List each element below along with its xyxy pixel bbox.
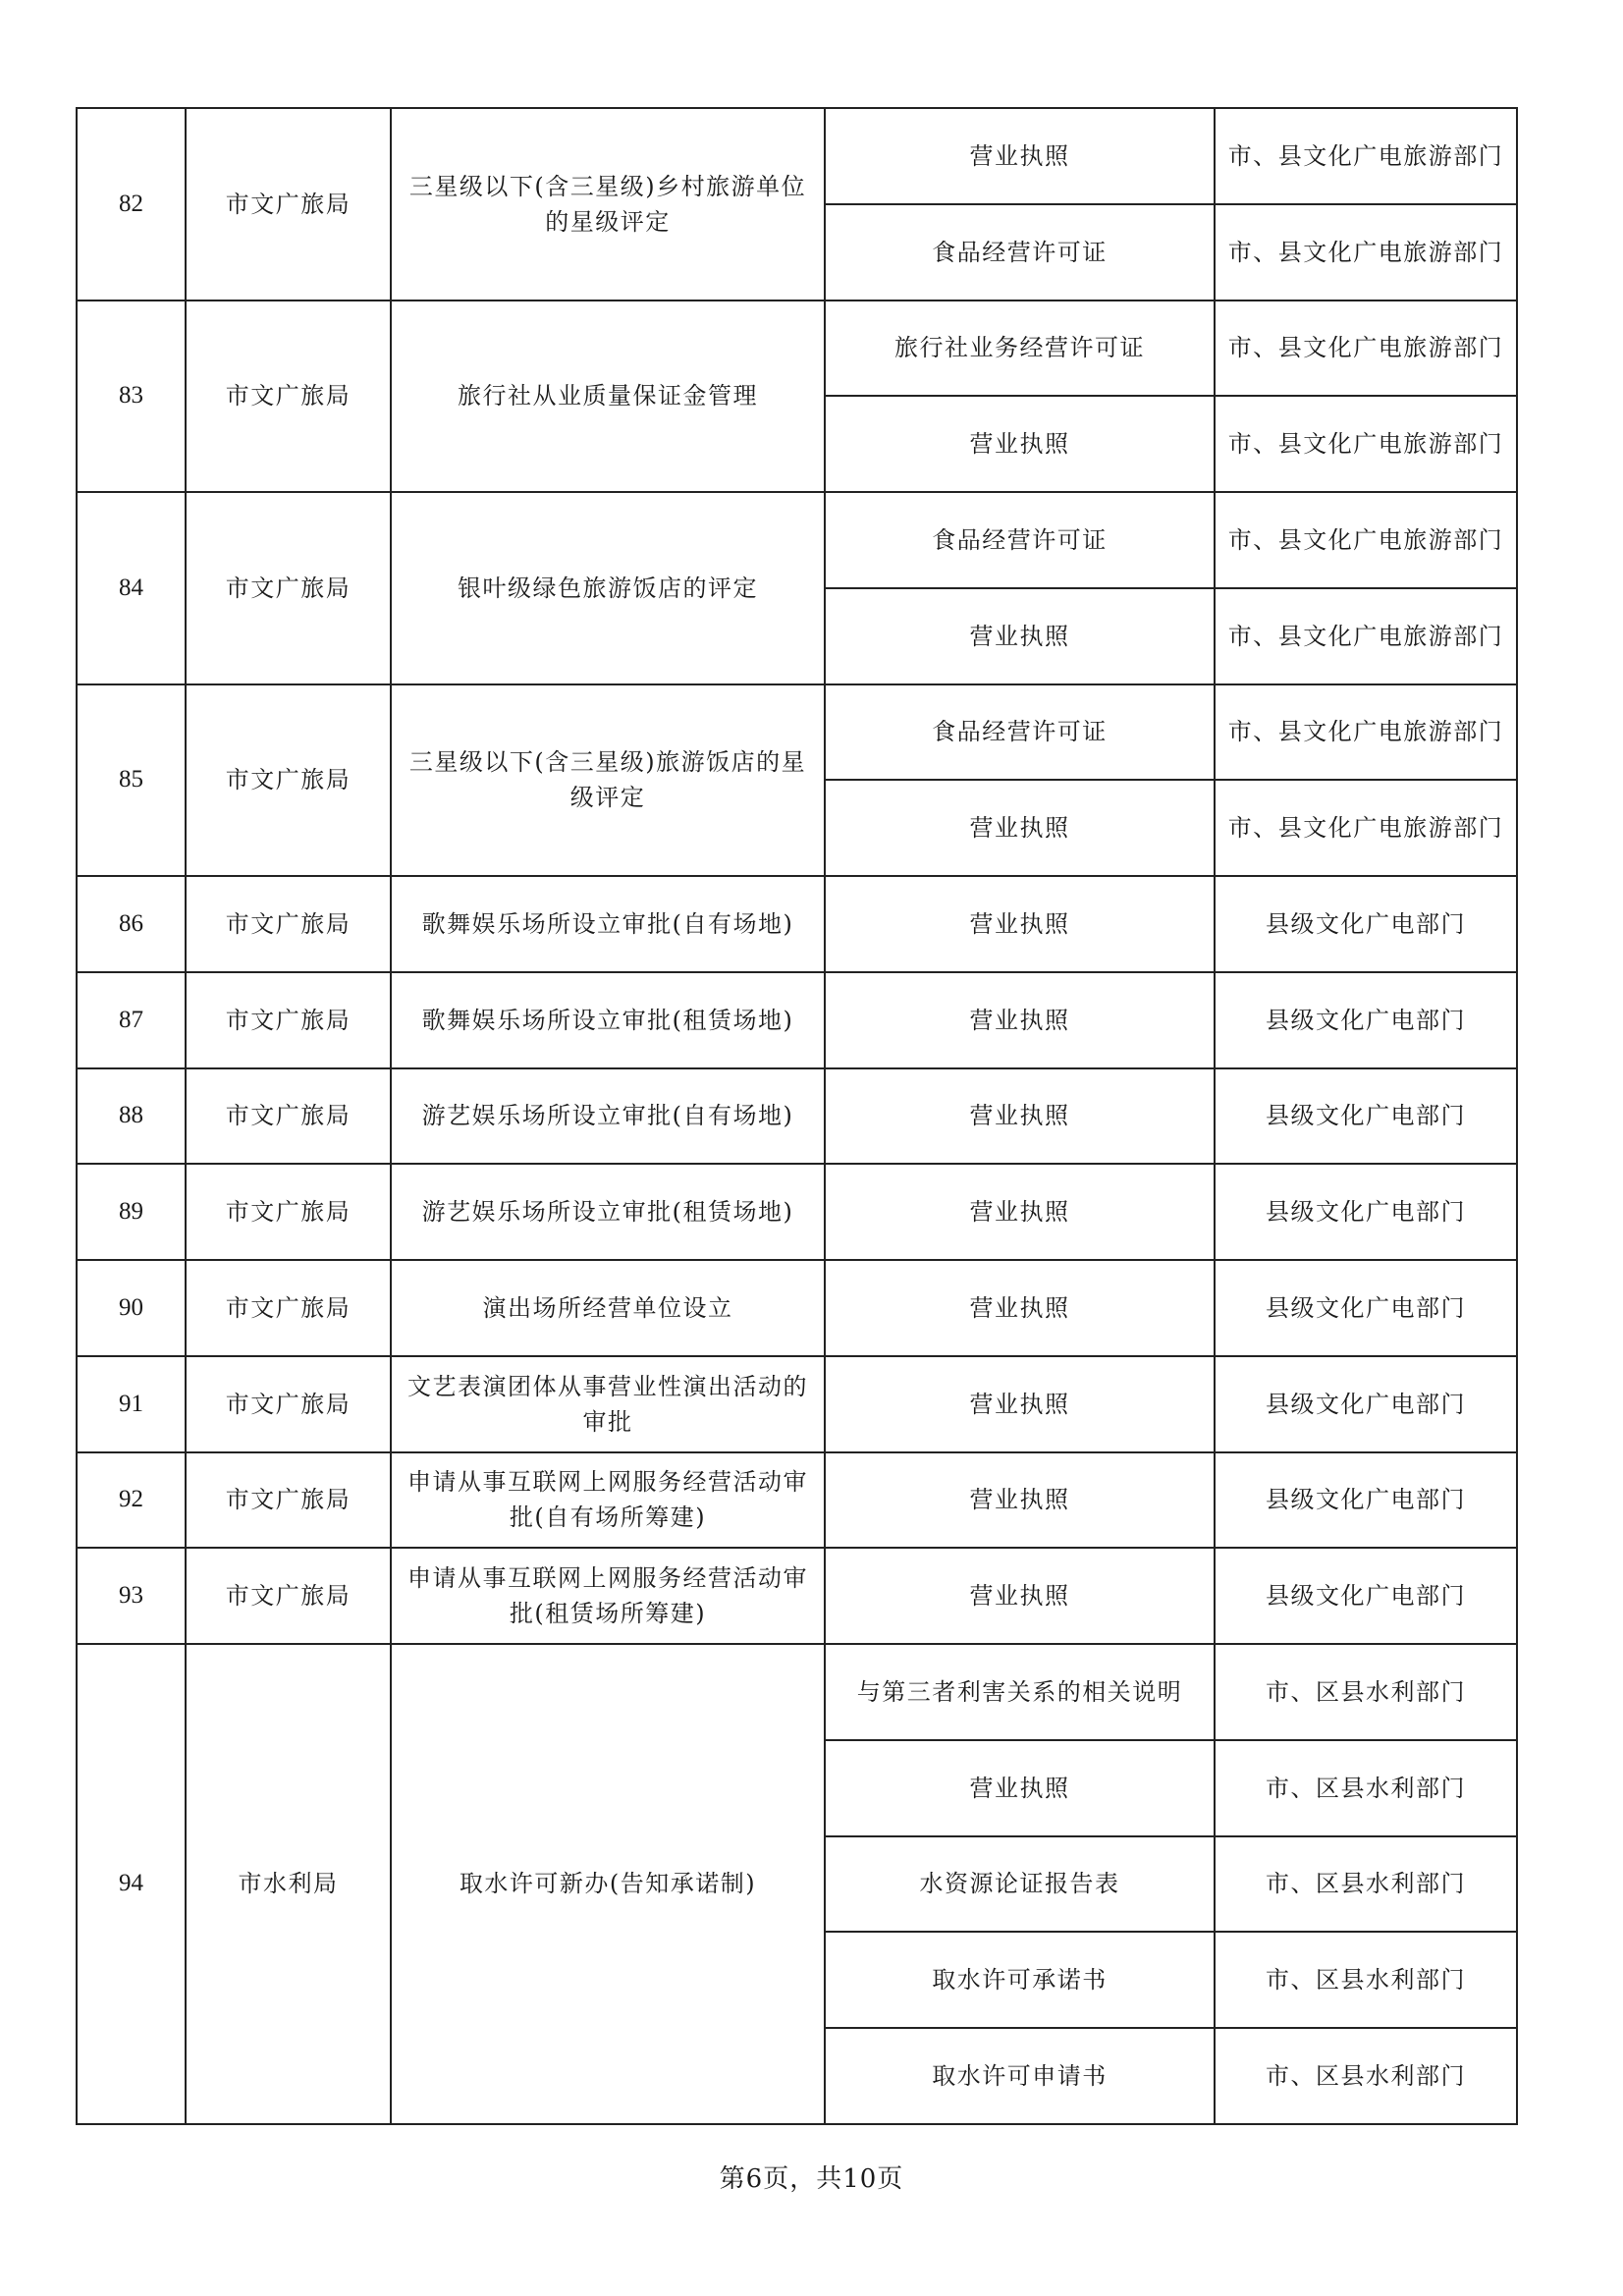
row-number: 85 <box>77 684 186 877</box>
issuing-department: 市、县文化广电旅游部门 <box>1215 396 1517 492</box>
row-number: 92 <box>77 1452 186 1549</box>
implementing-department: 市文广旅局 <box>186 1260 391 1356</box>
row-number: 91 <box>77 1356 186 1452</box>
issuing-department: 市、区县水利部门 <box>1215 1740 1517 1836</box>
certificate-name: 取水许可承诺书 <box>825 1932 1215 2028</box>
issuing-department: 县级文化广电部门 <box>1215 1452 1517 1549</box>
implementing-department: 市文广旅局 <box>186 1548 391 1644</box>
table-row: 86市文广旅局歌舞娱乐场所设立审批(自有场地)营业执照县级文化广电部门 <box>77 876 1517 972</box>
issuing-department: 市、县文化广电旅游部门 <box>1215 588 1517 684</box>
issuing-department: 市、区县水利部门 <box>1215 2028 1517 2124</box>
issuing-department: 市、县文化广电旅游部门 <box>1215 780 1517 876</box>
table-row: 91市文广旅局文艺表演团体从事营业性演出活动的审批营业执照县级文化广电部门 <box>77 1356 1517 1452</box>
certificate-name: 与第三者利害关系的相关说明 <box>825 1644 1215 1740</box>
certificate-name: 食品经营许可证 <box>825 204 1215 301</box>
issuing-department: 市、县文化广电旅游部门 <box>1215 684 1517 781</box>
certificate-name: 旅行社业务经营许可证 <box>825 301 1215 397</box>
row-number: 94 <box>77 1644 186 2124</box>
row-number: 84 <box>77 492 186 684</box>
item-name: 游艺娱乐场所设立审批(租赁场地) <box>391 1164 825 1260</box>
table-row: 94市水利局取水许可新办(告知承诺制)与第三者利害关系的相关说明市、区县水利部门 <box>77 1644 1517 1740</box>
item-name: 歌舞娱乐场所设立审批(租赁场地) <box>391 972 825 1068</box>
certificate-name: 营业执照 <box>825 1164 1215 1260</box>
item-name: 申请从事互联网上网服务经营活动审批(自有场所筹建) <box>391 1452 825 1549</box>
implementing-department: 市文广旅局 <box>186 1356 391 1452</box>
item-name: 演出场所经营单位设立 <box>391 1260 825 1356</box>
issuing-department: 县级文化广电部门 <box>1215 1548 1517 1644</box>
certificate-name: 营业执照 <box>825 1740 1215 1836</box>
item-name: 取水许可新办(告知承诺制) <box>391 1644 825 2124</box>
row-number: 82 <box>77 108 186 301</box>
issuing-department: 县级文化广电部门 <box>1215 1260 1517 1356</box>
issuing-department: 市、区县水利部门 <box>1215 1932 1517 2028</box>
table-row: 83市文广旅局旅行社从业质量保证金管理旅行社业务经营许可证市、县文化广电旅游部门 <box>77 301 1517 397</box>
table-row: 85市文广旅局三星级以下(含三星级)旅游饭店的星级评定食品经营许可证市、县文化广… <box>77 684 1517 781</box>
item-name: 歌舞娱乐场所设立审批(自有场地) <box>391 876 825 972</box>
item-name: 三星级以下(含三星级)乡村旅游单位的星级评定 <box>391 108 825 301</box>
implementing-department: 市文广旅局 <box>186 876 391 972</box>
issuing-department: 县级文化广电部门 <box>1215 1356 1517 1452</box>
issuing-department: 市、区县水利部门 <box>1215 1836 1517 1933</box>
item-name: 游艺娱乐场所设立审批(自有场地) <box>391 1068 825 1165</box>
implementing-department: 市文广旅局 <box>186 492 391 684</box>
implementing-department: 市文广旅局 <box>186 1452 391 1549</box>
implementing-department: 市文广旅局 <box>186 684 391 877</box>
certificate-name: 食品经营许可证 <box>825 684 1215 781</box>
table-row: 88市文广旅局游艺娱乐场所设立审批(自有场地)营业执照县级文化广电部门 <box>77 1068 1517 1165</box>
table-row: 90市文广旅局演出场所经营单位设立营业执照县级文化广电部门 <box>77 1260 1517 1356</box>
implementing-department: 市文广旅局 <box>186 1164 391 1260</box>
page-footer: 第6页，共10页 <box>0 2159 1623 2195</box>
certificate-name: 营业执照 <box>825 108 1215 204</box>
certificate-name: 营业执照 <box>825 972 1215 1068</box>
issuing-department: 市、县文化广电旅游部门 <box>1215 204 1517 301</box>
table-row: 87市文广旅局歌舞娱乐场所设立审批(租赁场地)营业执照县级文化广电部门 <box>77 972 1517 1068</box>
implementing-department: 市文广旅局 <box>186 301 391 493</box>
item-name: 申请从事互联网上网服务经营活动审批(租赁场所筹建) <box>391 1548 825 1644</box>
table-row: 92市文广旅局申请从事互联网上网服务经营活动审批(自有场所筹建)营业执照县级文化… <box>77 1452 1517 1549</box>
item-name: 三星级以下(含三星级)旅游饭店的星级评定 <box>391 684 825 877</box>
implementing-department: 市文广旅局 <box>186 108 391 301</box>
row-number: 83 <box>77 301 186 493</box>
certificate-name: 营业执照 <box>825 1548 1215 1644</box>
table-body: 82市文广旅局三星级以下(含三星级)乡村旅游单位的星级评定营业执照市、县文化广电… <box>77 108 1517 2124</box>
certificate-name: 营业执照 <box>825 588 1215 684</box>
certificate-name: 营业执照 <box>825 1068 1215 1165</box>
implementing-department: 市文广旅局 <box>186 972 391 1068</box>
issuing-department: 县级文化广电部门 <box>1215 1068 1517 1165</box>
certificate-name: 营业执照 <box>825 1356 1215 1452</box>
row-number: 89 <box>77 1164 186 1260</box>
item-name: 银叶级绿色旅游饭店的评定 <box>391 492 825 684</box>
row-number: 87 <box>77 972 186 1068</box>
issuing-department: 市、县文化广电旅游部门 <box>1215 108 1517 204</box>
row-number: 93 <box>77 1548 186 1644</box>
row-number: 90 <box>77 1260 186 1356</box>
certificate-name: 营业执照 <box>825 396 1215 492</box>
certificate-name: 食品经营许可证 <box>825 492 1215 588</box>
certificate-name: 营业执照 <box>825 876 1215 972</box>
table-row: 93市文广旅局申请从事互联网上网服务经营活动审批(租赁场所筹建)营业执照县级文化… <box>77 1548 1517 1644</box>
issuing-department: 市、区县水利部门 <box>1215 1644 1517 1740</box>
implementing-department: 市文广旅局 <box>186 1068 391 1165</box>
table-row: 89市文广旅局游艺娱乐场所设立审批(租赁场地)营业执照县级文化广电部门 <box>77 1164 1517 1260</box>
item-name: 文艺表演团体从事营业性演出活动的审批 <box>391 1356 825 1452</box>
row-number: 86 <box>77 876 186 972</box>
item-name: 旅行社从业质量保证金管理 <box>391 301 825 493</box>
issuing-department: 市、县文化广电旅游部门 <box>1215 301 1517 397</box>
certificate-table: 82市文广旅局三星级以下(含三星级)乡村旅游单位的星级评定营业执照市、县文化广电… <box>76 107 1518 2125</box>
certificate-name: 营业执照 <box>825 1260 1215 1356</box>
issuing-department: 县级文化广电部门 <box>1215 876 1517 972</box>
table-row: 84市文广旅局银叶级绿色旅游饭店的评定食品经营许可证市、县文化广电旅游部门 <box>77 492 1517 588</box>
implementing-department: 市水利局 <box>186 1644 391 2124</box>
issuing-department: 市、县文化广电旅游部门 <box>1215 492 1517 588</box>
certificate-name: 营业执照 <box>825 780 1215 876</box>
certificate-name: 取水许可申请书 <box>825 2028 1215 2124</box>
certificate-name: 水资源论证报告表 <box>825 1836 1215 1933</box>
certificate-name: 营业执照 <box>825 1452 1215 1549</box>
issuing-department: 县级文化广电部门 <box>1215 1164 1517 1260</box>
row-number: 88 <box>77 1068 186 1165</box>
table-row: 82市文广旅局三星级以下(含三星级)乡村旅游单位的星级评定营业执照市、县文化广电… <box>77 108 1517 204</box>
issuing-department: 县级文化广电部门 <box>1215 972 1517 1068</box>
